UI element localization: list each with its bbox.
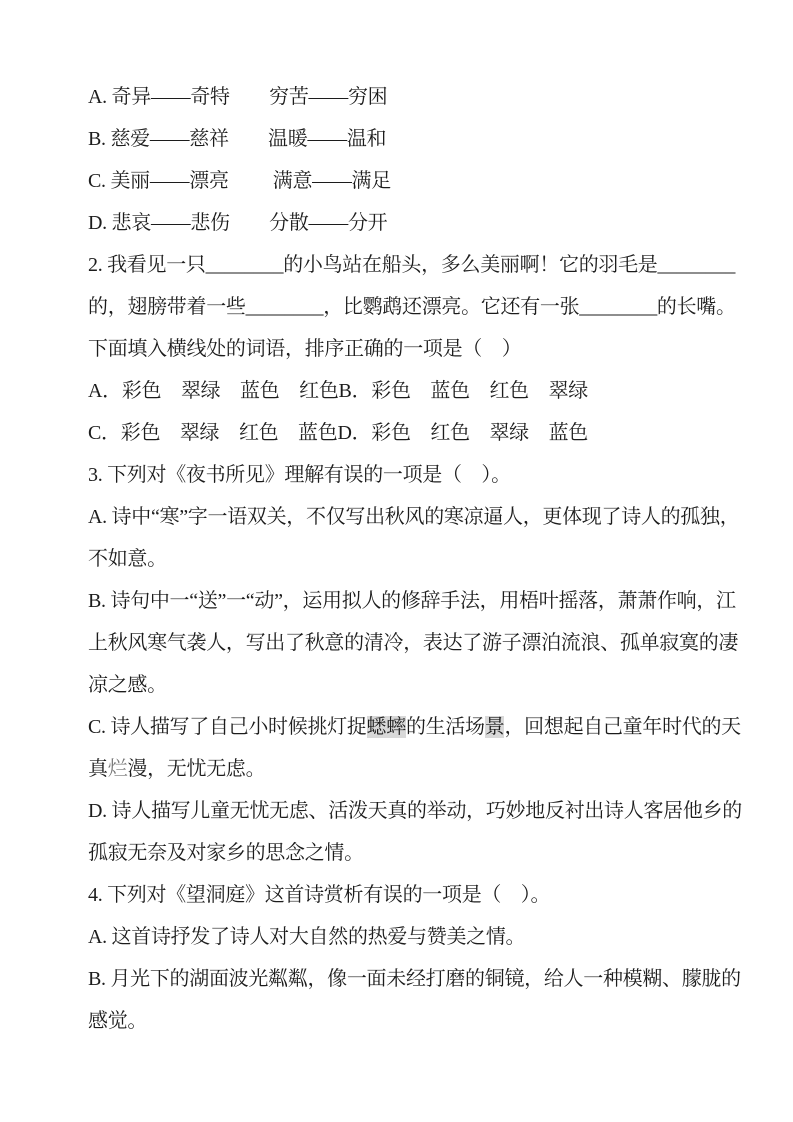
text-segment: ，回想起自己童年时代的天 [504,716,740,738]
document-page: A. 奇异——奇特 穷苦——穷困B. 慈爱——慈祥 温暖——温和C. 美丽——漂… [0,0,793,1122]
text-line: 的，翅膀带着一些________，比鹦鹉还漂亮。它还有一张________的长嘴… [88,286,768,328]
text-line: D. 悲哀——悲伤 分散——分开 [88,202,768,244]
text-segment: C. 诗人描写了自己小时候挑灯捉 [88,716,367,738]
text-segment: 的生活场 [406,716,485,738]
text-line: 感觉。 [88,1000,768,1042]
text-line: 不如意。 [88,538,768,580]
text-line: A. 这首诗抒发了诗人对大自然的热爱与赞美之情。 [88,916,768,958]
text-line: 上秋风寒气袭人，写出了秋意的清冷，表达了游子漂泊流浪、孤单寂寞的凄 [88,622,768,664]
document-lines: A. 奇异——奇特 穷苦——穷困B. 慈爱——慈祥 温暖——温和C. 美丽——漂… [88,76,768,1042]
text-line: D. 诗人描写儿童无忧无虑、活泼天真的举动，巧妙地反衬出诗人客居他乡的 [88,790,768,832]
text-line: C. 美丽——漂亮 满意——满足 [88,160,768,202]
text-line: B. 月光下的湖面波光粼粼，像一面未经打磨的铜镜，给人一种模糊、朦胧的 [88,958,768,1000]
text-line: 凉之感。 [88,664,768,706]
text-segment: 漫，无忧无虑。 [127,758,265,780]
text-line: B. 慈爱——慈祥 温暖——温和 [88,118,768,160]
text-line: B. 诗句中一“送”一“动”，运用拟人的修辞手法，用梧叶摇落，萧萧作响，江 [88,580,768,622]
highlighted-text: 景 [485,716,505,738]
text-segment: 真 [88,758,108,780]
text-line: A. 诗中“寒”字一语双关，不仅写出秋风的寒凉逼人，更体现了诗人的孤独， [88,496,768,538]
text-line: C．彩色 翠绿 红色 蓝色D．彩色 红色 翠绿 蓝色 [88,412,768,454]
text-line: C. 诗人描写了自己小时候挑灯捉蟋蟀的生活场景，回想起自己童年时代的天 [88,706,768,748]
text-line: 4. 下列对《望洞庭》这首诗赏析有误的一项是（ ）。 [88,874,768,916]
highlighted-text: 蟋蟀 [367,716,406,738]
text-line: A. 奇异——奇特 穷苦——穷困 [88,76,768,118]
text-line: 2. 我看见一只________的小鸟站在船头，多么美丽啊！它的羽毛是_____… [88,244,768,286]
text-line: 3. 下列对《夜书所见》理解有误的一项是（ ）。 [88,454,768,496]
text-line: 下面填入横线处的词语，排序正确的一项是（ ） [88,328,768,370]
text-line: A．彩色 翠绿 蓝色 红色B．彩色 蓝色 红色 翠绿 [88,370,768,412]
highlighted-text: 烂 [108,758,128,780]
text-line: 真烂漫，无忧无虑。 [88,748,768,790]
text-line: 孤寂无奈及对家乡的思念之情。 [88,832,768,874]
